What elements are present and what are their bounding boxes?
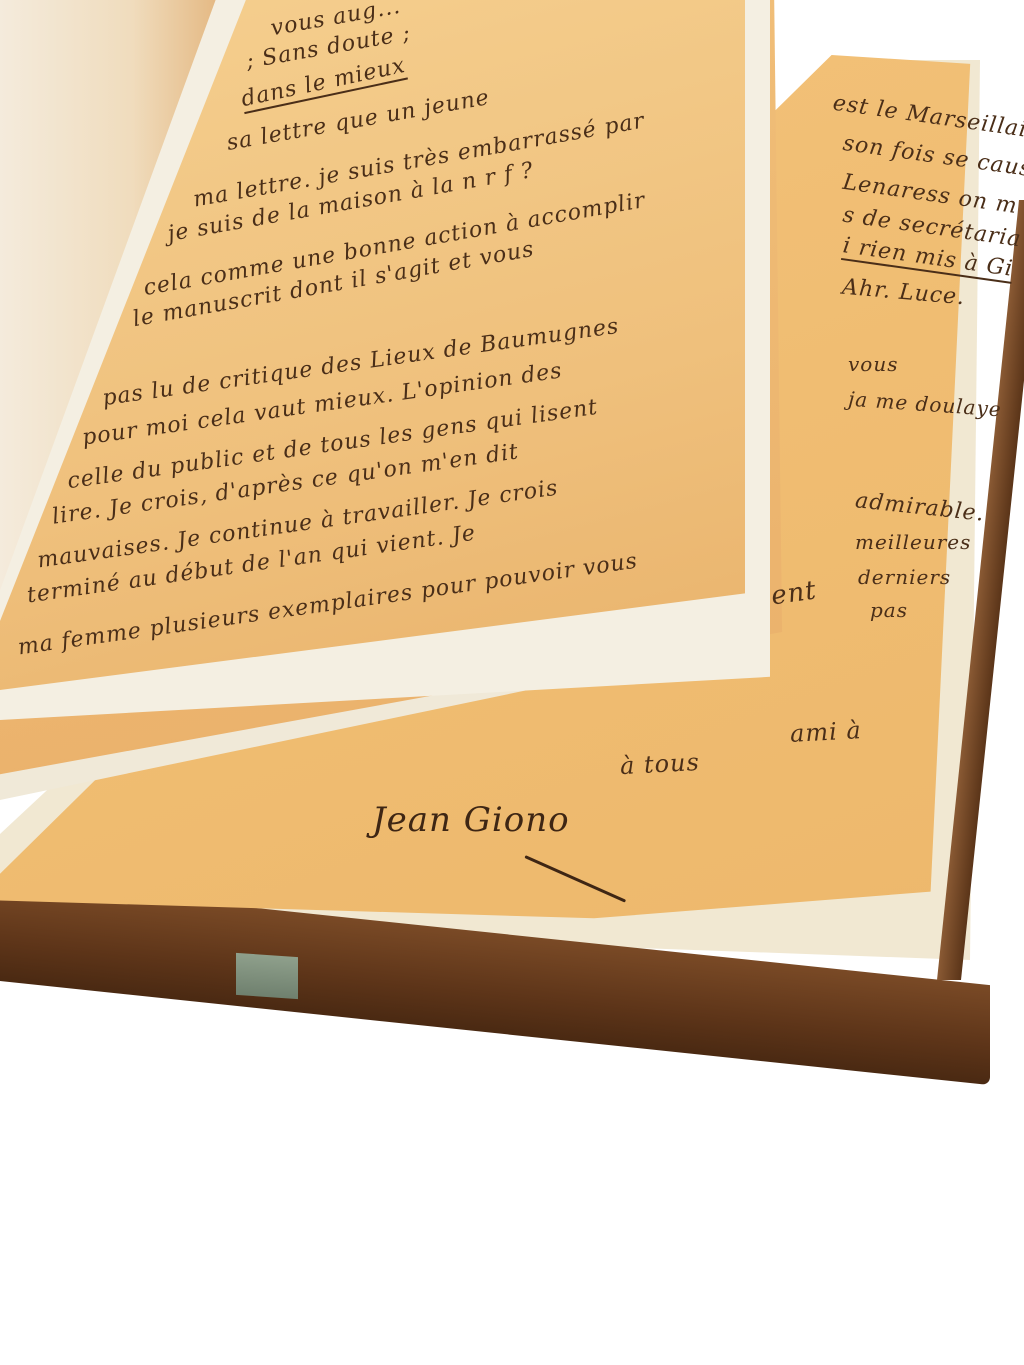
ribbon-bookmark — [236, 953, 298, 999]
handwriting-line: meilleures — [855, 530, 971, 554]
handwriting-line: vous — [848, 352, 898, 376]
handwriting-line: pas — [870, 598, 908, 622]
handwriting-line: à tous — [619, 748, 700, 780]
photo-scene: est le Marseillais son fois se cause Len… — [0, 0, 1024, 1365]
handwriting-line: derniers — [858, 565, 951, 589]
signature: Jean Giono — [372, 800, 570, 840]
handwriting-line: ami à — [789, 716, 862, 748]
